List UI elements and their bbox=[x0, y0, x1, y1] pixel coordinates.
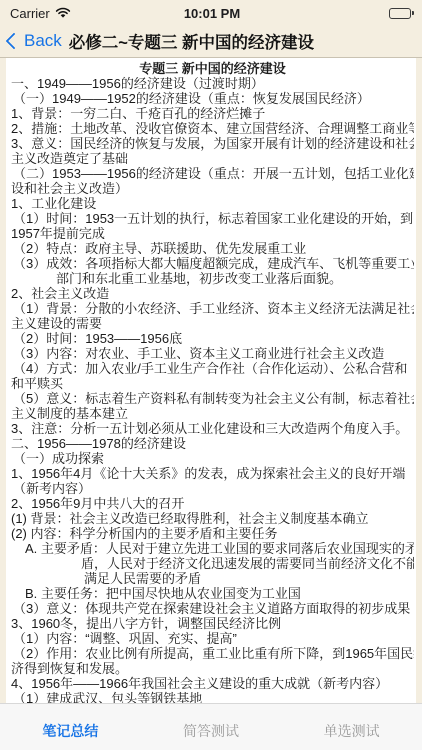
tab-2[interactable]: 简答测试 bbox=[141, 721, 282, 750]
doc-line: （5）意义：标志着生产资料私有制转变为社会主义公有制，标志着社会 bbox=[11, 391, 414, 406]
doc-line: 1、工业化建设 bbox=[11, 196, 414, 211]
notes-scroll-area[interactable]: 专题三 新中国的经济建设一、1949——1956的经济建设（过渡时期）（一）19… bbox=[6, 58, 416, 750]
tab-bar: 笔记总结简答测试单选测试 bbox=[0, 703, 422, 750]
doc-line: 3、1960冬，提出八字方针，调整国民经济比例 bbox=[11, 616, 414, 631]
doc-line: 济得到恢复和发展。 bbox=[11, 661, 414, 676]
doc-line: 3、意义：国民经济的恢复与发展，为国家开展有计划的经济建设和社会 bbox=[11, 136, 414, 151]
doc-line: 主义建设的需要 bbox=[11, 316, 414, 331]
doc-line: 和平赎买 bbox=[11, 376, 414, 391]
doc-line: A. 主要矛盾：人民对于建立先进工业国的要求同落后农业国现实的矛 bbox=[11, 541, 414, 556]
doc-line: 1957年提前完成 bbox=[11, 226, 414, 241]
doc-line: （2）作用：农业比例有所提高，重工业比重有所下降，到1965年国民经 bbox=[11, 646, 414, 661]
doc-line: （一）1949——1952的经济建设（重点：恢复发展国民经济） bbox=[11, 91, 414, 106]
doc-line: 主义改造奠定了基础 bbox=[11, 151, 414, 166]
doc-line: 1、1956年4月《论十大关系》的发表，成为探索社会主义的良好开端 bbox=[11, 466, 414, 481]
doc-line: (1) 背景：社会主义改造已经取得胜利，社会主义制度基本确立 bbox=[11, 511, 414, 526]
navigation-bar: Back 必修二~专题三 新中国的经济建设 bbox=[0, 24, 422, 58]
doc-line: 1、背景：一穷二白、千疮百孔的经济烂摊子 bbox=[11, 106, 414, 121]
doc-line: 盾，人民对于经济文化迅速发展的需要同当前经济文化不能 bbox=[11, 556, 414, 571]
doc-line: 2、1956年9月中共八大的召开 bbox=[11, 496, 414, 511]
carrier-label: Carrier bbox=[10, 6, 50, 21]
doc-line: 一、1949——1956的经济建设（过渡时期） bbox=[11, 76, 414, 91]
app-screen: Carrier 10:01 PM Back 必修二~专题三 新中国的经济建设 bbox=[0, 0, 422, 750]
doc-line: 专题三 新中国的经济建设 bbox=[11, 61, 414, 76]
doc-line: 满足人民需要的矛盾 bbox=[11, 571, 414, 586]
doc-line: （3）成效：各项指标大都大幅度超额完成，建成汽车、飞机等重要工业 bbox=[11, 256, 414, 271]
tab-1[interactable]: 笔记总结 bbox=[0, 721, 141, 750]
doc-line: （1）内容：“调整、巩固、充实、提高” bbox=[11, 631, 414, 646]
doc-line: （3）内容：对农业、手工业、资本主义工商业进行社会主义改造 bbox=[11, 346, 414, 361]
doc-line: 2、社会主义改造 bbox=[11, 286, 414, 301]
doc-line: 主义制度的基本建立 bbox=[11, 406, 414, 421]
doc-line: 部门和东北重工业基地，初步改变工业落后面貌。 bbox=[11, 271, 414, 286]
doc-line: 二、1956——1978的经济建设 bbox=[11, 436, 414, 451]
page-title: 必修二~专题三 新中国的经济建设 bbox=[69, 29, 314, 53]
doc-line: （1）背景：分散的小农经济、手工业经济、资本主义经济无法满足社会 bbox=[11, 301, 414, 316]
doc-line: （一）成功探索 bbox=[11, 451, 414, 466]
doc-line: （1）时间：1953一五计划的执行，标志着国家工业化建设的开始，到 bbox=[11, 211, 414, 226]
doc-line: B. 主要任务：把中国尽快地从农业国变为工业国 bbox=[11, 586, 414, 601]
doc-line: （新考内容） bbox=[11, 481, 414, 496]
back-button[interactable]: Back bbox=[8, 31, 62, 51]
document-lines: 专题三 新中国的经济建设一、1949——1956的经济建设（过渡时期）（一）19… bbox=[11, 61, 414, 706]
doc-line: 2、措施：土地改革、没收官僚资本、建立国营经济、合理调整工商业等 bbox=[11, 121, 414, 136]
chevron-left-icon bbox=[6, 32, 23, 49]
doc-line: 设和社会主义改造） bbox=[11, 181, 414, 196]
doc-line: （二）1953——1956的经济建设（重点：开展一五计划，包括工业化建 bbox=[11, 166, 414, 181]
tab-3[interactable]: 单选测试 bbox=[281, 721, 422, 750]
doc-line: （2）时间：1953——1956底 bbox=[11, 331, 414, 346]
doc-line: 3、注意：分析一五计划必须从工业化建设和三大改造两个角度入手。 bbox=[11, 421, 414, 436]
clock: 10:01 PM bbox=[130, 6, 294, 21]
doc-line: （3）意义：体现共产党在探索建设社会主义道路方面取得的初步成果 bbox=[11, 601, 414, 616]
doc-line: 4、1956年——1966年我国社会主义建设的重大成就（新考内容） bbox=[11, 676, 414, 691]
doc-line: (2) 内容：科学分析国内的主要矛盾和主要任务 bbox=[11, 526, 414, 541]
status-bar: Carrier 10:01 PM bbox=[0, 0, 422, 24]
back-button-label: Back bbox=[24, 31, 62, 51]
doc-line: （4）方式：加入农业/手工业生产合作社（合作化运动）、公私合营和 bbox=[11, 361, 414, 376]
wifi-icon bbox=[55, 7, 71, 19]
doc-line: （2）特点：政府主导、苏联援助、优先发展重工业 bbox=[11, 241, 414, 256]
battery-icon bbox=[389, 8, 414, 19]
